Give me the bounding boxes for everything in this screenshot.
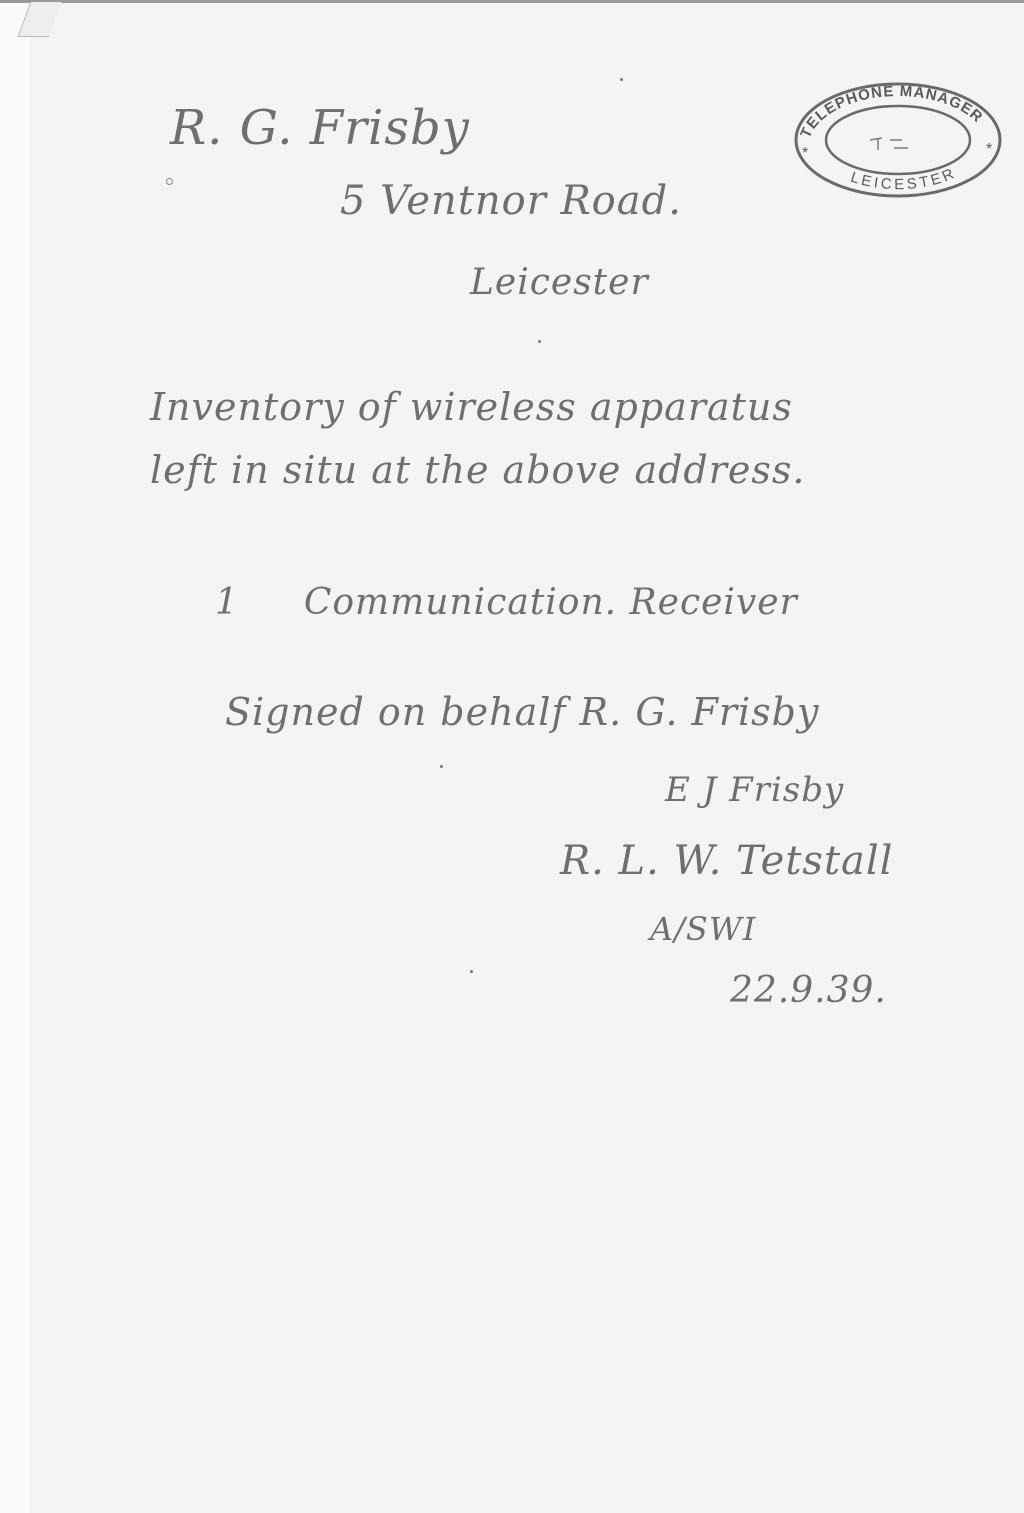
svg-text:LEICESTER: LEICESTER [848,164,959,193]
address-line-2: Leicester [470,262,649,303]
inventory-item: 1 Communication. Receiver [215,582,798,623]
paper-sheet [30,0,1024,1513]
paper-speck [440,765,443,768]
stamp-top-text: TELEPHONE MANAGER [797,83,986,141]
inventory-heading-line-2: left in situ at the above address. [150,448,806,492]
document-date: 22.9.39. [730,970,887,1011]
item-description: Communication. Receiver [304,582,798,623]
stamp-left-star-icon: * [802,145,808,162]
stamp-right-star-icon: * [986,141,992,158]
signed-on-behalf: Signed on behalf R. G. Frisby [225,690,819,734]
inventory-heading-line-1: Inventory of wireless apparatus [150,385,793,429]
sender-name: R. G. Frisby [170,100,470,156]
signature-title: A/SWI [650,910,756,948]
scan-top-edge [0,0,1024,3]
paper-speck [166,178,173,185]
signature-1: E J Frisby [665,770,844,810]
paper-speck [620,78,623,81]
telephone-manager-stamp: TELEPHONE MANAGER LEICESTER * * [790,78,1006,200]
item-quantity: 1 [215,582,239,623]
stamp-bottom-text: LEICESTER [848,164,959,193]
signature-2: R. L. W. Tetstall [560,838,893,884]
address-line-1: 5 Ventnor Road. [340,178,682,224]
svg-text:TELEPHONE MANAGER: TELEPHONE MANAGER [797,83,986,141]
paper-speck [538,340,541,343]
paper-speck [470,970,473,973]
scan-margin [0,0,30,1513]
